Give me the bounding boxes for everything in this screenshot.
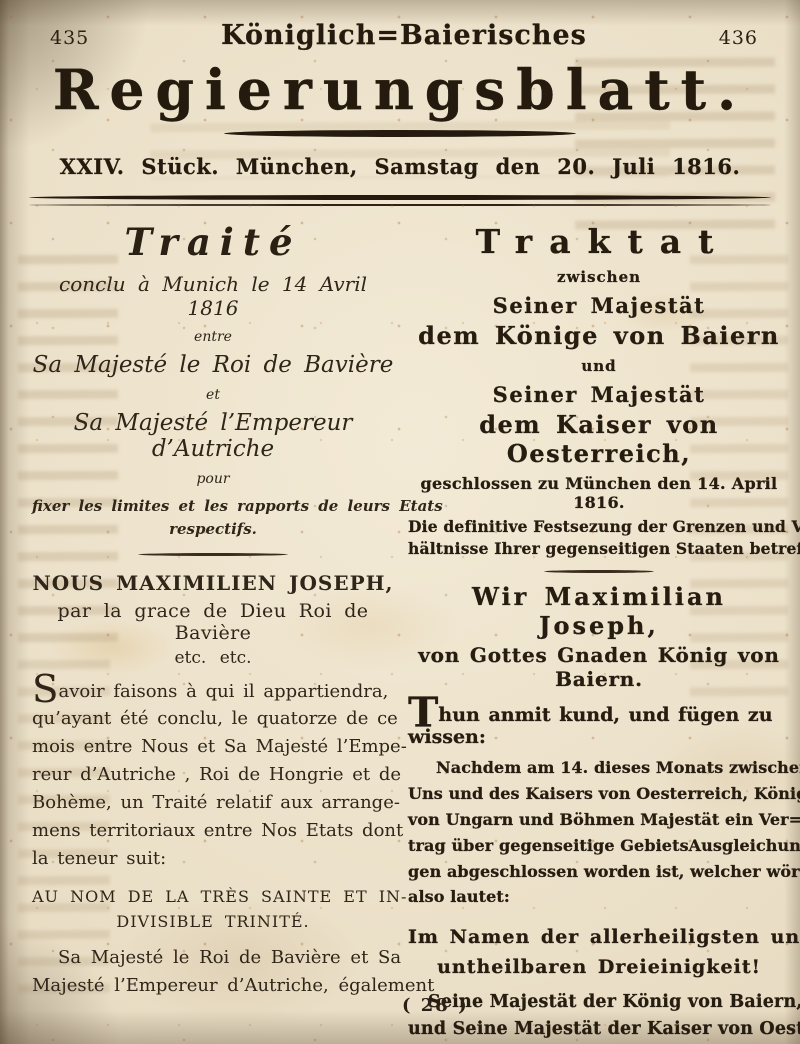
treaty-subtitle-french: conclu à Munich le 14 Avril 1816 [32,272,394,320]
word-et: et [32,387,394,403]
his-majesty-2: Seiner Majestät [408,382,790,407]
party-king-of-bavaria-de: dem Könige von Baiern [408,321,790,350]
header-double-rule [29,195,771,206]
preamble-text-fr: avoir faisons à qui il appartiendra, qu’… [32,681,407,869]
section-rule [138,553,288,556]
german-column: Traktat zwischen Seiner Majestät dem Kön… [408,218,790,1044]
proclamation-title-fr: par la grace de Dieu Roi de Bavière [32,600,394,644]
party-emperor-of-austria-fr: Sa Majesté l’Empereur d’Autriche [32,410,394,462]
page-number-left: 435 [50,27,89,49]
signed-at-munich-line: geschlossen zu München den 14. April 181… [408,474,790,512]
journal-kicker: Königlich=Baierisches [221,20,587,51]
intro-text-de: hun anmit kund, und fügen zu wissen: [408,704,773,748]
treaty-purpose-fr: fixer les limites et les rapports de leu… [32,495,394,542]
masthead-rule [224,130,576,137]
proclamation-name-de: Wir Maximilian Joseph, [408,582,790,640]
page-header: 435 Königlich=Baierisches 436 [0,0,800,51]
word-zwischen: zwischen [408,268,790,286]
dropcap-initial-s: S [32,667,59,712]
sheet-signature-mark: ( 28 ) [402,995,469,1016]
party-king-of-bavaria-fr: Sa Majesté le Roi de Bavière [32,352,394,378]
word-und: und [408,357,790,375]
proclamation-intro-de: Thun anmit kund, und fügen zu wissen: [408,704,790,748]
etc-line: etc. etc. [32,648,394,668]
two-column-body: Traité conclu à Munich le 14 Avril 1816 … [0,206,800,1044]
closing-line-fr: Sa Majesté le Roi de Bavière et Sa Majes… [32,944,394,1000]
journal-title: Regierungsblatt. [0,57,800,122]
invocation-trinity-fr: AU NOM DE LA TRÈS SAINTE ET IN- DIVISIBL… [32,885,394,935]
word-entre: entre [32,329,394,345]
his-majesty-1: Seiner Majestät [408,293,790,318]
proclamation-title-de: von Gottes Gnaden König von Baiern. [408,643,790,691]
proclamation-name-fr: NOUS MAXIMILIEN JOSEPH, [32,571,394,595]
invocation-trinity-de: Im Namen der allerheiligsten und untheil… [408,923,790,982]
treaty-title-french: Traité [32,220,394,264]
french-column: Traité conclu à Munich le 14 Avril 1816 … [32,218,394,1044]
gazette-page-scan: 435 Königlich=Baierisches 436 Regierungs… [0,0,800,1044]
issue-date-line: XXIV. Stück. München, Samstag den 20. Ju… [0,154,800,179]
treaty-preamble-fr: Savoir faisons à qui il appartiendra, qu… [32,678,394,873]
rule-thick [29,195,771,200]
party-emperor-of-austria-de: dem Kaiser von Oesterreich, [408,410,790,468]
word-pour: pour [32,471,394,487]
treaty-preamble-de: Nachdem am 14. dieses Monats zwischen Un… [408,755,790,910]
treaty-title-german: Traktat [408,222,790,261]
treaty-subject-de: Die definitive Festsezung der Grenzen un… [408,516,790,561]
section-rule [544,570,654,573]
page-number-right: 436 [719,27,758,49]
